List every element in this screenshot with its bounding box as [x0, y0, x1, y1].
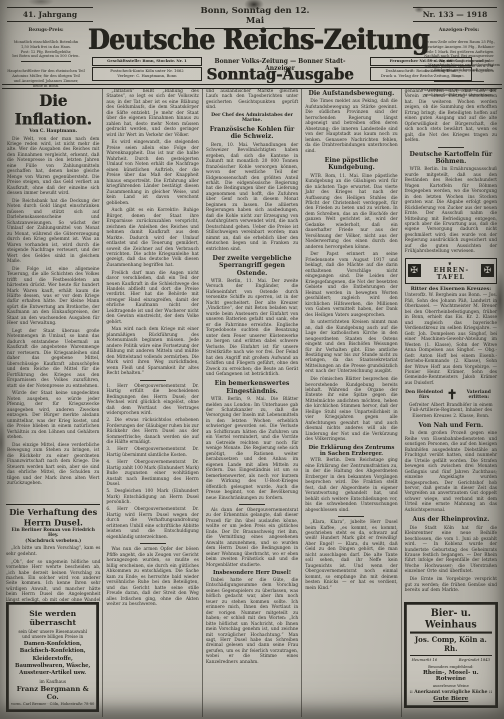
settlement-item: 6. Herr Obergouvernementsrat Dr. Hartig … [106, 507, 198, 540]
article-paragraph: WTB. Berlin. Dem Reichstage ging eine Er… [305, 458, 397, 513]
ad-line: und unsere billigen Preise in [10, 634, 95, 639]
manuscript-note: Die unverlangt eingesandten Manuskripte … [428, 59, 500, 72]
article-paragraph: Man wird nach dem Kriege mit einer planm… [106, 327, 198, 376]
divider-rule [21, 61, 71, 62]
fallen-heroes-right: Vaterland erlitten: [461, 390, 498, 400]
section-rule [6, 504, 100, 505]
article-paragraph: WTB. Berlin. Im Ernährungsausschuß wurde… [405, 167, 497, 255]
edition-label: Sonntag-Ausgabe [190, 64, 370, 83]
feuilleton-byline: Ein Berliner Roman von Friedrich Hey. [6, 528, 100, 538]
memorial-cross-icon: ✝ [447, 389, 458, 402]
column-5: genannt werden darf, daß sich der Verein… [401, 89, 500, 717]
fallen-heroes-heading: Den Heldentod fürs ✝ Vaterland erlitten: [405, 389, 497, 402]
divider-rule [338, 516, 364, 517]
ad-address-row: Heumarkt 16 Begründet 1843 [408, 657, 494, 662]
article-headline: Ein bemerkenswertes Eingeständnis. [209, 380, 295, 395]
ink-blot [28, 0, 54, 6]
honor-roll-title: ❦ EHREN-TAFEL [423, 260, 479, 281]
newspaper-front-page: 41. Jahrgang Bonn, Sonntag den 12. Mai N… [0, 0, 504, 719]
article-paragraph: WTB. Berlin, 11. Mai. Der zweite Versuch… [206, 279, 298, 377]
bergmann-ad: Sie werden überrascht sein über unsere R… [6, 602, 99, 712]
ad-headline: Bier- u. Weinhaus [410, 607, 492, 633]
publisher-line: Verleger: C. Hauptmann, Bonn [117, 73, 176, 78]
article-paragraph: Die Ernte im Vorgebirge verspricht gut z… [405, 577, 497, 593]
settlement-item: 3. Herr Obergouvernementsrat Dr. Hartig … [106, 447, 198, 458]
ad-headline: Sie werden überrascht [10, 609, 95, 627]
lead-article-byline: Von C. Hauptmann. [7, 129, 99, 134]
ad-founded: Begründet 1843 [459, 657, 490, 662]
feuilleton-headline: Die Verhaftung des Herrn Dusel. [6, 507, 100, 528]
honor-roll-banner: ✠ ❦ EHREN-TAFEL ✠ [405, 258, 497, 284]
article-paragraph: WTB. Berlin, 9. Mai. Die Blätter melden … [206, 397, 298, 501]
settlement-item: 5. Desgleichen 100 Mark (Einhundert Mark… [106, 489, 198, 505]
iron-cross-icon: ✠ [481, 264, 494, 277]
feuilleton-section: Die Verhaftung des Herrn Dusel. Ein Berl… [6, 502, 100, 611]
feuilleton-paragraph: Dabei hatte er die Güte, die Entschädigu… [206, 578, 298, 666]
article-paragraph: Es wird eingewandt, die steigenden Preis… [106, 140, 198, 206]
article-subheadline: Die Erklärung des Zentrums in Sachen Erz… [307, 445, 395, 457]
ad-line: im Kaufhaus [10, 679, 95, 684]
weinhaus-ad: Bier- u. Weinhaus Jos. Comp, Köln a. Rh.… [404, 602, 498, 708]
article-paragraph: Der Papst erinnert an seine Friedensnote… [305, 252, 397, 318]
article-paragraph: Was nun die armen Opfer der bösen Pfiffe… [106, 547, 198, 607]
ad-company-name: Jos. Comp, Köln a. Rh. [410, 635, 492, 656]
article-headline: Die Aufstandsbewegung. [308, 90, 394, 97]
article-paragraph: In unterrichteten Kreisen nimmt man an, … [305, 320, 397, 375]
settlement-item: 1. Herr Obergouvernementsrat Dr. Hartig … [106, 384, 198, 417]
article-paragraph: Die Folge ist eine allgemeine Teuerung, … [7, 267, 99, 327]
subscription-price-block: Bezugs-Preis: Monatlich einschließlich B… [4, 23, 88, 88]
article-paragraph: In dem großen Prozeß gegen eine Reihe vo… [405, 431, 497, 513]
column-area: Die Inflation. Von C. Hauptmann. Die Wel… [4, 89, 500, 717]
fallen-heroes-text: Gefreiter Albert Brandhöfer in einem Fuß… [405, 403, 497, 419]
article-paragraph: Auch gibt es ein Korrektiv: Ruhige Bürge… [106, 208, 198, 268]
column-4: Die Aufstandsbewegung. Die Times meldet … [301, 89, 400, 717]
article-headline: Eine päpstliche Kundgebung. [308, 157, 394, 172]
article-paragraph: Die römischen Blätter besprechen die bev… [305, 377, 397, 443]
iron-cross-knights-list: Unteroffz. W. Bergheim aus Bonn. — Jos. … [405, 293, 497, 386]
feuilleton-paragraph: „Ich bitte um Ihren Vorschlag“, kam es s… [6, 546, 100, 557]
ad-line: :: Anerkannt vorzügliche Küche :: [408, 690, 494, 695]
ad-line: Rhein-, Mosel- u. Rotweine [408, 670, 494, 682]
subscription-price-label: Bezugs-Preis: [4, 28, 88, 34]
ad-line: Besonders empfehlend: [408, 664, 494, 669]
article-paragraph: Legt der Staat überaus große Notenmengen… [7, 329, 99, 389]
divider-rule [239, 504, 265, 505]
print-line: Druck u. Verlag der Reichs-Zeitung, Bonn [381, 73, 462, 78]
ad-company-name: Franz Bergmann & Co. [10, 685, 95, 701]
issue-number: Nr. 133 — 1918 [413, 7, 497, 22]
section-headline: Aus der Rheinprovinz. [408, 516, 494, 523]
signature-line: Der Chef des Admiralstabes der Marine. [206, 113, 298, 123]
subscription-price-text: Monatlich einschließlich Botenlohn 1,50 … [12, 40, 79, 59]
article-paragraph: Bern, 10. Mai. Verhandlungen der Schweiz… [206, 143, 298, 252]
feuilleton-paragraph: Als dann der Obergouvernementsrat zu der… [206, 508, 298, 568]
article-paragraph: genannt werden darf, daß sich der Verein… [405, 89, 497, 144]
divider-rule [140, 380, 166, 381]
ad-line: Gute Biere [408, 696, 494, 702]
lead-article-headline: Die Inflation. [7, 91, 99, 129]
honor-roll-title-bottom: TAFEL [437, 273, 465, 281]
article-paragraph: Das einzige Mittel, diese verderbliche B… [7, 443, 99, 487]
divider-rule [438, 147, 464, 148]
article-paragraph: „Inflation“ heißt „Blähung des Staates“,… [106, 89, 198, 138]
divider-rule [140, 543, 166, 544]
iron-cross-icon: ✠ [408, 264, 421, 277]
feuilleton-paragraph: „Klara, Klara“, jubelte Herr Dusel beim … [305, 520, 397, 591]
article-headline: Deutsche Kartoffeln für Böhmen. [408, 151, 494, 166]
article-headline: Französische Kohlen für die Schweiz. [209, 126, 295, 141]
article-paragraph: Die Welt, von der man nach dem Kriege re… [7, 137, 99, 197]
column-3: und ausländischer Märkte gleichen Laufs … [202, 89, 301, 717]
article-paragraph: Die Stadt Köln hat für die Kleinrentner … [405, 526, 497, 575]
ad-address: vorm. Carl Bremer · Cöln, Hohestraße 78-… [10, 702, 95, 706]
article-paragraph: Freilich darf man die Augen nicht davor … [106, 271, 198, 326]
article-paragraph: WTB. Rom, 11. Mai. Eine päpstliche Kundg… [305, 174, 397, 251]
masthead-rule [2, 84, 502, 89]
article-paragraph: Die Times meldet aus Peking, daß die Auf… [305, 99, 397, 154]
section-headline: Von Nah und Fern. [408, 422, 494, 429]
ad-line: auserlesene Weine [408, 683, 494, 688]
office-address-box: Geschäftsstelle: Bonn, Stockstr. Nr. 1 [92, 57, 202, 66]
iron-cross-knights-heading: Ritter des Eisernen Kreuzes: [405, 286, 497, 292]
newspaper-title: Deutsche Reichs-Zeitung [88, 23, 416, 55]
volume-label: 41. Jahrgang [7, 7, 93, 22]
fallen-heroes-left: Den Heldentod fürs [405, 390, 444, 400]
feuilleton-copyright: (Nachdruck verboten.) [6, 539, 100, 544]
ad-items: Damen-Konfektion, Backfisch-Konfektion, … [10, 641, 95, 677]
column-2: „Inflation“ heißt „Blähung des Staates“,… [102, 89, 201, 717]
article-paragraph: und ausländischer Märkte gleichen Laufs … [206, 89, 298, 111]
letter-salutation: Insbesondere Herr Dusel! [208, 570, 296, 576]
settlement-item: 4. Herr Obergouvernementsrat Dr. Hartig … [106, 460, 198, 487]
ad-price-label: Anzeigen-Preis: [418, 28, 500, 34]
column-1: Die Inflation. Von C. Hauptmann. Die Wel… [4, 89, 102, 717]
article-headline: Der zweite vergebliche Sperrangriff gege… [209, 255, 295, 277]
postal-account-box: Postscheck-Konto Köln unter Nr. 1662 Ver… [92, 67, 202, 81]
settlement-item: 2. Die etwas rücksichtslos erhobenen For… [106, 418, 198, 445]
article-paragraph: Würde der Staat keine ungedeckten Noten … [7, 391, 99, 440]
ad-address: Heumarkt 16 [412, 657, 438, 662]
article-paragraph: Die Reichsbank hat die Deckung der Noten… [7, 199, 99, 265]
